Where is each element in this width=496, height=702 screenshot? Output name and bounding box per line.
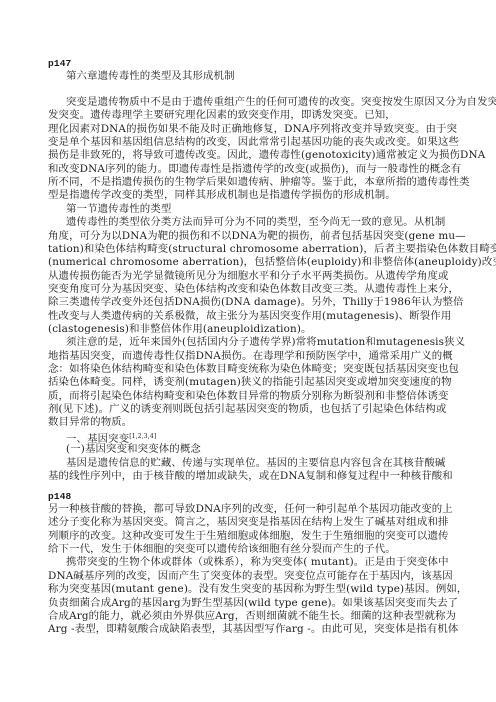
text-line: 性改变与人类遗传病的关系极微，故主张分为基因突变作用(mutagenesis)、…	[48, 310, 451, 323]
text-line: 基的线性序列中，由于核苷酸的增加或缺失，或在DNA复制和修复过程中一种核苷酸和	[48, 470, 453, 483]
text-line: 合成Arg的能力，就必须由外界供应Arg，否则细菌就不能生长。细菌的这种表型就称…	[48, 610, 456, 623]
text-line: 遗传毒性的类型依分类方法而异可分为不同的类型，至今尚无一致的意见。从机制	[66, 216, 445, 229]
text-line: 从遗传损伤能否为光学显微镜所见分为细胞水平和分子水平两类损伤。从遗传学角度或	[48, 270, 449, 283]
text-line: 型是指遗传学改变的类型，同样其形成机制也是指遗传学损伤的形成机制。	[48, 189, 396, 202]
text-line: 另一种核苷酸的替换，都可导致DNA序列的改变，任何一种引起单个基因功能改变的上	[48, 503, 453, 516]
page-number-147: p147	[48, 57, 71, 70]
text-line: tation)和染色体结构畸变(structural chromosome ab…	[48, 243, 496, 256]
text-line: 所不同，不是指遗传损伤的生物学后果如遗传病、肿瘤等。鉴于此，本章所指的遗传毒性类	[48, 176, 470, 189]
text-line: 念：如将染色体结构畸变和染色体数目畸变统称为染色体畸变；突变既包括基因突变也包	[48, 363, 459, 376]
citation-superscript: [1,2,3,4]	[129, 433, 156, 440]
text-line: 剂(见下述)。广义的诱变剂则既包括引起基因突变的物质，也包括了引起染色体结构或	[48, 403, 446, 416]
text-line: 称为突变基因(mutant gene)。没有发生突变的基因称为野生型(wild …	[48, 583, 467, 596]
text-line: 负责细菌合成Arg的基因arg为野生型基因(wild type gene)。如果…	[48, 597, 458, 610]
text-line: 地指基因突变，而遗传毒性仅指DNA损伤。在毒理学和预防医学中，通常采用广义的概	[48, 350, 453, 363]
text-line: (numerical chromosome aberration)，包括整倍体(…	[48, 256, 496, 269]
subsection-heading: (一)基因突变和突变体的概念	[66, 443, 201, 456]
chapter-title: 第六章遗传毒性的类型及其形成机制	[66, 70, 235, 83]
text-line: 除三类遗传学改变外还包括DNA损伤(DNA damage)。另外，Thilly于…	[48, 296, 464, 309]
text-line: 括染色体畸变。同样，诱变剂(mutagen)狭义的指能引起基因突变或增加突变速度…	[48, 376, 452, 389]
text-line: 理化因素对DNA的损伤如果不能及时正确地修复，DNA序列将改变并导致突变。由于突	[48, 123, 457, 136]
text-line: 变是单个基因和基因组信息结构的改变，因此常常引起基因功能的丧失或改变。如果这些	[48, 136, 459, 149]
text-line: 第一节遗传毒性的类型	[66, 203, 171, 216]
text-line: 列顺序的改变。这种改变可发生于生殖细胞或体细胞，发生于生殖细胞的突变可以遗传	[48, 530, 449, 543]
text-line: 数目异常的物质。	[48, 416, 132, 429]
text-line: 损伤是非致死的，将导致可遗传改变。因此，遗传毒性(genotoxicity)通常…	[48, 149, 485, 162]
text-line: 发突变。遗传毒理学主要研究理化因素的致突变作用，即诱发突变。已知，	[48, 109, 396, 122]
text-line: 述分子变化称为基因突变。简言之，基因突变是指基因在结构上发生了碱基对组成和排	[48, 516, 449, 529]
text-line: 给下一代，发生于体细胞的突变可以遗传给该细胞有丝分裂而产生的子代。	[48, 543, 396, 556]
text-line: DNA碱基序列的改变，因而产生了突变体的表型。突变位点可能存在于基因内，该基因	[48, 570, 453, 583]
text-line: (clastogenesis)和非整倍体作用(aneuploidization)…	[48, 323, 312, 336]
text-line: 质，而将引起染色体结构畸变和染色体数目异常的物质分别称为断裂剂和非整倍体诱变	[48, 390, 449, 403]
text-line: 须注意的是，近年来国外(包括国内分子遗传学界)常将mutation和mutage…	[66, 336, 465, 349]
text-line: 突变角度可分为基因突变、染色体结构改变和染色体数目改变三类。从遗传毒性上来分，	[48, 283, 459, 296]
text-line: 突变是遗传物质中不是由于遗传重组产生的任何可遗传的改变。突变按发生原因又分为自发…	[66, 96, 496, 109]
page-number-148: p148	[48, 490, 71, 503]
text-line: Arg -表型，即精氨酸合成缺陷表型，其基因型写作arg -。由此可见，突变体是…	[48, 623, 458, 636]
text-line: 和改变DNA序列的能力。即遗传毒性是指遗传学的改变(或损伤)，而与一般毒性的概念…	[48, 163, 461, 176]
text-line: 角度，可分为以DNA为靶的损伤和不以DNA为靶的损伤，前者包括基因突变(gene…	[48, 230, 466, 243]
text-line: 携带突变的生物个体或群体（或株系），称为突变体( mutant)。正是由于突变体…	[66, 556, 449, 569]
text-line: 基因是遗传信息的贮藏、传递与实现单位。基因的主要信息内容包含在其核苷酸碱	[66, 457, 445, 470]
